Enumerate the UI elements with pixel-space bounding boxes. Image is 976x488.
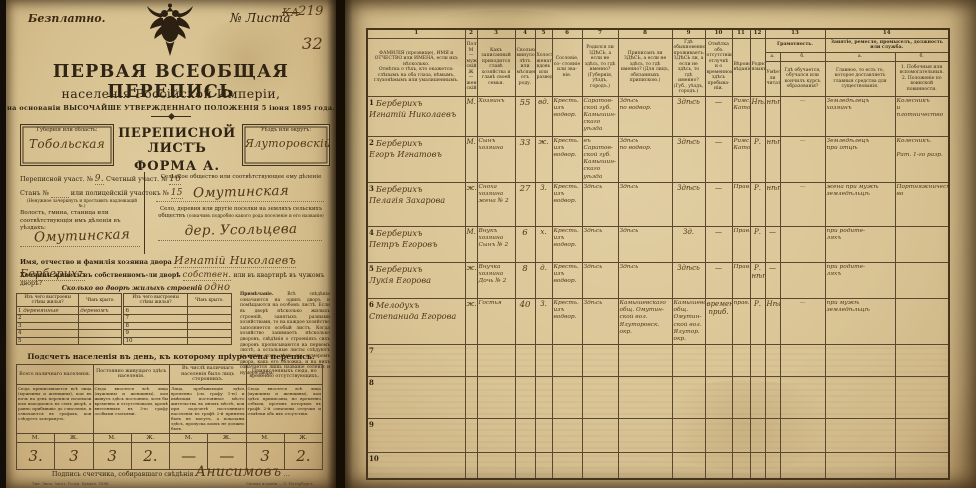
cell-born [582,419,618,453]
cell-sex [465,419,477,453]
yazyk-handwriting: Нѣм. [752,98,764,106]
cell-otmetka [705,345,732,377]
subcolumn-header-occupation-main: Главное, то есть то, которое доставляетъ… [825,61,895,96]
cell-pripiska: Камышевскаго общ. Омутин- ской вол. Ялут… [618,298,672,344]
soslovie-handwriting: Кресть. изъ водвор. [554,184,581,206]
name-handwriting: Берберихъ Егоръ Игнатовъ [369,138,464,160]
prozhiv-handwriting: Здѣсь [674,184,704,192]
building-number: 2 [18,315,22,321]
census-table-mount: 1234567891011121314ФАМИЛІЯ (прозвище), И… [366,28,950,480]
summary-group-title: Въ числѣ наличнаго населенія было лицъ с… [170,365,247,385]
cell-gram_b [780,377,825,419]
cell-zan_a: при родите- ляхъ [825,226,895,262]
mar-handwriting: З. [537,300,551,308]
cell-age: 55 [515,96,535,136]
cell-name: 9 [367,419,465,453]
cell-soslovie [552,419,582,453]
sex-handwriting: ж. [467,264,476,272]
cell-zan_b [895,298,949,344]
cell-walls-right: 8 [123,322,187,330]
cell-sex: ж. [465,298,477,344]
cell-walls-left: 4 [17,330,79,338]
yazyk-handwriting: Р. [752,300,764,308]
male-label: М. [246,433,284,442]
cell-sex: М. [465,226,477,262]
cell-pripiska: Здѣсь по водвор. [618,136,672,182]
note-title: Примѣчаніе. [240,292,273,297]
cell-roof-left: деревомъ [79,307,123,315]
cell-gram_a [765,377,780,419]
cell-born: Здѣсь [582,298,618,344]
subcolumn-letter: а. [825,52,895,61]
cell-yazyk: Р. [750,298,765,344]
cell-pripiska: Здѣсь [618,182,672,226]
column-header-c10: Отмѣтка объ отсутствіи, отлучкѣ и о врем… [705,38,732,96]
roof-header: Чѣмъ крыто. [79,294,123,307]
cell-born [582,453,618,479]
column-header-literacy: Грамотность. [765,38,825,52]
cell-gram_a [765,419,780,453]
cell-kin [477,377,515,419]
gram_b-handwriting: — [782,300,824,307]
cell-gram_a [765,345,780,377]
column-number: 13 [765,29,825,38]
selo-value-handwriting: дер. Усольцева [152,220,330,239]
cell-prozhiv: Здѣсь [672,96,705,136]
name-handwriting: Берберихъ Лукія Егорова [369,264,464,286]
age-handwriting: 55 [517,98,534,108]
census-row: 6Мелодухъ Степанида Егороваж.Гостья40З.К… [367,298,949,344]
column-number: 7 [582,29,618,38]
cell-prozhiv [672,419,705,453]
age-handwriting: 27 [517,184,534,194]
buildings-row: 510 [17,337,232,345]
column-header-c12: Родной языкъ. [750,38,765,96]
cell-mar: З. [535,298,552,344]
ornament-divider [151,115,191,118]
born-handwriting: Саратов- ской губ. Камышин- скаго уѣзда [584,98,617,134]
summary-group-title: Постоянно живущаго здѣсь населенія. [93,365,170,385]
building-number: 9 [125,330,129,336]
uchastok-value1-handwriting: 9. [95,174,104,185]
column-number: 3 [477,29,515,38]
cell-yazyk: Р. нѣтъ [750,262,765,298]
kin-handwriting: Хозяинъ [479,98,514,105]
cell-yazyk: Р. [750,182,765,226]
buildings-row: 27 [17,314,232,322]
field-area-divider [144,172,145,254]
soslovie-handwriting: Кресть. изъ водвор. [554,98,581,120]
cell-kin: Сноха хозяина жена № 2 [477,182,515,226]
cell-name: 7 [367,345,465,377]
zan_b-handwriting: Колесникъ и плотничество [897,98,948,120]
prozhiv-handwriting: Здѣсь [674,138,704,146]
law-reference-line: на основаніи ВЫСОЧАЙШЕ УТВЕРЖДЕННАГО ПОЛ… [6,104,336,112]
selo-rule [158,240,322,241]
cell-zan_a: жена при мужѣ земледѣльцѣ [825,182,895,226]
cell-walls-right: 6 [123,307,187,315]
cell-age [515,453,535,479]
kin-handwriting: Внучка хозяина Дочь № 2 [479,264,514,286]
row-number: 4 [369,228,374,237]
uezd-label: Уѣздъ или округъ: [245,127,327,133]
uezd-value-handwriting: Ялуторовскій [245,137,327,150]
cell-otmetka: — [705,136,732,182]
cell-kin: Гостья [477,298,515,344]
cell-pripiska [618,377,672,419]
summary-group-title: Всего наличнаго населенія. [17,365,94,385]
stan-footnote: (Ненужное зачеркнуть и проставить надлеж… [26,198,138,208]
gram_b-handwriting: — [782,184,824,191]
cell-name: 1Берберихъ Игнатій Николаевъ [367,96,465,136]
gubernia-box: Губернія или область: Тобольская [20,124,114,166]
row-number: 1 [369,98,374,107]
column-header-c7: Родился ли ЗДѢСЬ, а если не здѣсь, то гд… [582,38,618,96]
summary-mf-row: М.Ж.М.Ж.М.Ж.М.Ж. [17,433,323,442]
live-value-handwriting: собствен. [183,270,232,281]
cell-gram_b: — [780,96,825,136]
cell-roof-left [79,314,123,322]
cell-yazyk [750,345,765,377]
pripiska-handwriting: Здѣсь [620,184,671,191]
gram_a-handwriting: — [767,228,779,236]
cell-roof-right [187,330,231,338]
cell-born: Здѣсь [582,182,618,226]
born-handwriting: Здѣсь [584,228,617,235]
cell-vera [732,453,750,479]
printer-imprint-right: Складъ изданія — С.-Петербургъ. [246,481,314,486]
sheet-number-extra-handwriting: 32 [302,34,323,53]
cell-zan_b [895,453,949,479]
column-header-c8: Приписанъ ли ЗДѢСЬ, а если не здѣсь, то … [618,38,672,96]
census-row: 1Берберихъ Игнатій НиколаевъМ.Хозяинъ55в… [367,96,949,136]
cell-walls-left: 3 [17,322,79,330]
buildings-table-mount: Изъ чего выстроены стѣны жилья?Чѣмъ крыт… [16,293,232,345]
cell-pripiska: Здѣсь [618,226,672,262]
age-handwriting: 33 [517,138,534,148]
cell-mar [535,345,552,377]
subcolumn-letter: б. [895,52,949,61]
otmetka-handwriting: — [707,138,731,146]
gubernia-value-handwriting: Тобольская [23,137,111,151]
cell-gram_b: — [780,298,825,344]
cell-pripiska: Здѣсь по водвор. [618,96,672,136]
age-handwriting: 6 [517,228,534,238]
cell-zan_b [895,345,949,377]
cell-vera: Прав. [732,182,750,226]
cell-zan_a [825,419,895,453]
male-label: М. [93,433,131,442]
cell-vera: Прав. [732,262,750,298]
summary-group-note: Сюда вносятся всѣ лица (мужчины и женщин… [93,384,170,433]
buildings-table: Изъ чего выстроены стѣны жилья?Чѣмъ крыт… [16,293,232,345]
cell-otmetka: — [705,182,732,226]
soslovie-handwriting: Кресть. изъ водвор. [554,300,581,322]
cell-name: 2Берберихъ Егоръ Игнатовъ [367,136,465,182]
pripiska-handwriting: Камышевскаго общ. Омутин- ской вол. Ялут… [620,300,671,336]
zan_a-handwriting: при родите- ляхъ [827,264,894,278]
born-handwriting: въ Саратов- ской губ. Камышин- скаго уѣз… [584,138,617,181]
cell-otmetka [705,453,732,479]
cell-walls-right: 7 [123,314,187,322]
column-header-c3: Какъ записанный приходится главѣ хозяйст… [477,38,515,96]
cell-walls-right: 9 [123,330,187,338]
cell-gram_b [780,419,825,453]
cell-pripiska: Здѣсь [618,262,672,298]
born-handwriting: Здѣсь [584,300,617,307]
column-number: 4 [515,29,535,38]
cell-vera: Римс. Катол. [732,136,750,182]
cell-pripiska [618,453,672,479]
cell-mar [535,377,552,419]
prozhiv-handwriting: Зд. [674,228,704,236]
cell-roof-left [79,322,123,330]
census-table-right-page: 1234567891011121314ФАМИЛІЯ (прозвище), И… [345,0,976,488]
cell-roof-left [79,337,123,345]
cell-gram_a: нѣтъ [765,96,780,136]
sex-handwriting: М. [467,228,476,236]
column-number: 10 [705,29,732,38]
cell-born: Здѣсь [582,262,618,298]
cell-born [582,345,618,377]
row-number: 5 [369,264,374,273]
cell-mar: ж. [535,136,552,182]
column-number: 12 [750,29,765,38]
gram_a-handwriting: нѣтъ [767,98,779,106]
vera-handwriting: Прав. [734,228,749,235]
cell-age: 27 [515,182,535,226]
census-row: 10 [367,453,949,479]
uezd-box: Уѣздъ или округъ: Ялуторовскій [242,124,330,166]
otmetka-handwriting: — [707,184,731,192]
form-title-block: ПЕРЕПИСНОЙ ЛИСТЪ ФОРМА А. [118,126,236,174]
column-number: 11 [732,29,750,38]
printer-imprint-left: Тип. Эксп. Загот. Госуд. Бумагъ. 1896. [32,481,110,486]
gram_a-handwriting: нѣтъ [767,184,779,192]
column-headers-row: ФАМИЛІЯ (прозвище), ИМЯ и ОТЧЕСТВО или И… [367,38,949,52]
cell-otmetka: времен. приб. [705,298,732,344]
column-header-c1: ФАМИЛІЯ (прозвище), ИМЯ и ОТЧЕСТВО или И… [367,38,465,96]
soslovie-handwriting: Кресть. изъ водвор. [554,138,581,160]
cell-gram_b: — [780,136,825,182]
cell-pripiska [618,345,672,377]
building-number: 4 [18,330,22,336]
roof-handwriting: деревомъ [80,308,108,314]
census-row: 7 [367,345,949,377]
cell-soslovie [552,453,582,479]
sheet-number-handwriting: 219 [298,4,324,19]
selskoe-label: Сельское общество или соотвѣтствующее ем… [152,174,330,180]
cell-vera: Римс. Катол. [732,96,750,136]
vera-handwriting: Прав. [734,184,749,191]
enumerator-signature-label: Подпись счетчика, собиравшаго свѣдѣнія [52,470,194,478]
cell-gram_a [765,453,780,479]
age-handwriting: 8 [517,264,534,274]
row-number: 8 [369,378,374,387]
pripiska-handwriting: Здѣсь [620,264,671,271]
cell-gram_a: Нѣтъ [765,298,780,344]
photo-backdrop: Безплатно. № Листа КА 219 32 [0,0,976,488]
census-form-left-page: Безплатно. № Листа КА 219 32 [6,0,336,488]
building-number: 6 [125,308,129,314]
free-of-charge-label: Безплатно. [28,12,105,25]
cell-otmetka: — [705,262,732,298]
count-label: Сколько во дворѣ жилыхъ строеній [62,284,202,292]
cell-kin: Сынъ хозяина [477,136,515,182]
subcolumn-letter: а. [765,52,780,61]
cell-mar [535,453,552,479]
column-number: 5 [535,29,552,38]
cell-age [515,419,535,453]
building-number: 5 [18,338,22,344]
prozhiv-handwriting: Здѣсь [674,264,704,272]
otmetka-handwriting: — [707,264,731,272]
gubernia-label: Губернія или область: [23,127,111,133]
kin-handwriting: Сноха хозяина жена № 2 [479,184,514,206]
mar-handwriting: ж. [537,138,551,146]
cell-soslovie: Кресть. изъ водвор. [552,226,582,262]
female-label: Ж. [284,433,322,442]
gram_a-handwriting: — [767,264,779,272]
cell-kin [477,345,515,377]
cell-zan_a [825,345,895,377]
selo-sublabel: (означивъ подробно какого рода поселеніе… [187,214,324,219]
cell-age [515,377,535,419]
soslovie-handwriting: Кресть. изъ водвор. [554,228,581,250]
live-label1: Хозяинъ живетъ въ собственномъ-ли дворѣ [20,272,181,279]
zan_a-handwriting: при мужѣ земледѣльцѣ [827,300,894,314]
row-number: 7 [369,346,374,355]
otmetka-handwriting: — [707,98,731,106]
cell-age [515,345,535,377]
walls-header: Изъ чего выстроены стѣны жилья? [123,294,187,307]
born-handwriting: Здѣсь [584,264,617,271]
name-handwriting: Берберихъ Пелагія Захарова [369,184,464,206]
cell-gram_b [780,262,825,298]
male-label: М. [170,433,208,442]
zan_a-handwriting: при родите- ляхъ [827,228,894,242]
cell-zan_a: при мужѣ земледѣльцѣ [825,298,895,344]
gram_b-handwriting: — [782,138,824,145]
gram_a-handwriting: нѣтъ [767,138,779,146]
cell-gram_a: нѣтъ [765,182,780,226]
column-header-c2: Полъ: М — муж- скій, Ж — жен- скій. [465,38,477,96]
cell-kin [477,419,515,453]
cell-zan_b: Портняжничест- во [895,182,949,226]
cell-sex: М. [465,136,477,182]
prozhiv-handwriting: Здѣсь [674,98,704,106]
cell-zan_a [825,377,895,419]
cell-otmetka: — [705,96,732,136]
cell-gram_b [780,453,825,479]
subcolumn-letter: б. [780,52,825,61]
vera-handwriting: Римс. Катол. [734,138,749,152]
column-number: 2 [465,29,477,38]
zan_b-handwriting: Портняжничест- во [897,184,948,198]
cell-vera [732,345,750,377]
female-label: Ж. [208,433,246,442]
column-header-occupation: Занятіе, ремесло, промыселъ, должность и… [825,38,949,52]
name-handwriting: Берберихъ Петръ Егоровъ [369,228,464,250]
cell-walls-left: 2 [17,314,79,322]
cell-yazyk: Р. [750,136,765,182]
cell-yazyk [750,377,765,419]
row-number: 9 [369,420,374,429]
yazyk-handwriting: Р. [752,184,764,192]
cell-prozhiv: Камышевск. общ. Омутин- ской вол. Ялутор… [672,298,705,344]
census-table: 1234567891011121314ФАМИЛІЯ (прозвище), И… [366,28,950,480]
cell-zan_a: Земледѣлецъ хозяинъ [825,96,895,136]
census-row: 4Берберихъ Петръ ЕгоровъМ.Внукъ хозяина … [367,226,949,262]
sheet-number-crossed-handwriting: КА [282,6,299,19]
sex-handwriting: ж. [467,184,476,192]
cell-born: Здѣсь [582,226,618,262]
buildings-row: 49 [17,330,232,338]
cell-yazyk: Нѣм. [750,96,765,136]
sex-handwriting: М. [467,98,476,106]
cell-vera [732,377,750,419]
female-label: Ж. [55,433,93,442]
cell-sex [465,453,477,479]
name-handwriting: Берберихъ Игнатій Николаевъ [369,98,464,120]
form-title-line2: ФОРМА А. [118,159,236,174]
summary-group-title: Причисленныхъ сюда, но временно отсутств… [246,365,323,385]
enumerator-signature-handwriting: Анисимовъ [195,464,281,480]
cell-mar: З. [535,182,552,226]
cell-zan_b: Колесникъ. Рат. 1-го разр. [895,136,949,182]
cell-name: 5Берберихъ Лукія Егорова [367,262,465,298]
cell-prozhiv: Зд. [672,226,705,262]
kin-handwriting: Сынъ хозяина [479,138,514,152]
row-number: 3 [369,184,374,193]
otmetka-handwriting: времен. приб. [707,300,731,316]
cell-zan_b [895,419,949,453]
cell-name: 6Мелодухъ Степанида Егорова [367,298,465,344]
column-number: 9 [672,29,705,38]
cell-soslovie: Кресть. изъ водвор. [552,136,582,182]
signature-tail: … [283,470,290,478]
cell-roof-right [187,322,231,330]
born-handwriting: Здѣсь [584,184,617,191]
cell-age: 6 [515,226,535,262]
cell-prozhiv [672,453,705,479]
kin-handwriting: Внукъ хозяина Сынъ № 2 [479,228,514,250]
summary-table-mount: Всего наличнаго населенія.Постоянно живу… [16,364,322,470]
form-title-line1: ПЕРЕПИСНОЙ ЛИСТЪ [118,126,236,156]
cell-born [582,377,618,419]
cell-vera: прав. [732,298,750,344]
cell-kin: Внучка хозяина Дочь № 2 [477,262,515,298]
name-handwriting: Мелодухъ Степанида Егорова [369,300,464,322]
pripiska-handwriting: Здѣсь [620,228,671,235]
female-label: Ж. [131,433,169,442]
soslovie-handwriting: Кресть. изъ водвор. [554,264,581,286]
selskoe-rule [156,201,324,202]
cell-vera [732,419,750,453]
cell-soslovie: Кресть. изъ водвор. [552,262,582,298]
cell-gram_a: нѣтъ [765,136,780,182]
cell-name: 4Берберихъ Петръ Егоровъ [367,226,465,262]
row-number: 10 [369,454,379,463]
cell-kin [477,453,515,479]
cell-mar [535,419,552,453]
cell-prozhiv: Здѣсь [672,182,705,226]
summary-group-note: Сюда приписываются всѣ лица (мужчины и ж… [17,384,94,433]
mar-handwriting: д. [537,264,551,272]
summary-heading: Подсчетъ населенія въ день, къ которому … [6,352,336,361]
mar-handwriting: вд. [537,98,551,106]
building-number: 3 [18,323,22,329]
